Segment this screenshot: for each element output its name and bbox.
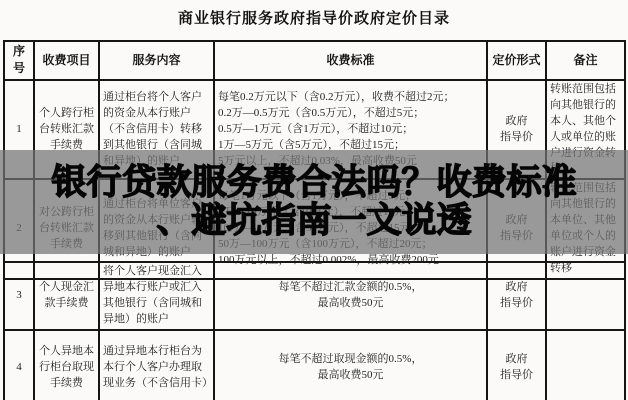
fee-standard-line: 0.2万—0.5万元（含0.5万元），不超过5元； [218,106,483,122]
fee-standard-line: 每笔不超过汇款金额的0.5%， [218,280,483,296]
service-content-cell: 通过异地本行柜台为本行个人客户办理取现业务（不含信用卡） [99,330,214,400]
document-page: 商业银行服务政府指导价政府定价目录 序号 收费项目 服务内容 收费标准 定价形式… [0,0,628,400]
pricing-form-line: 指导价 [491,130,542,146]
fee-standard-line: 每笔不超过取现金额的0.5%， [218,352,483,368]
pricing-form-line: 政府 [491,114,542,130]
table-row: 3 个人现金汇款手续费 将个人客户现金汇入异地本行账户或汇入其他银行（含同城和异… [4,262,625,330]
pricing-form-line: 指导价 [491,296,542,312]
pricing-form-cell: 政府 指导价 [487,262,546,330]
pricing-form-cell: 政府 指导价 [487,330,546,400]
note-cell [546,262,625,330]
fee-standard-line: 每笔0.2万元以下（含0.2万元），收费不超过2元； [218,90,483,106]
fee-standard-line: 最高收费50元 [218,368,483,384]
note-cell [546,330,625,400]
pricing-table-lower: 3 个人现金汇款手续费 将个人客户现金汇入异地本行账户或汇入其他银行（含同城和异… [3,261,626,400]
table-header-row: 序号 收费项目 服务内容 收费标准 定价形式 备注 [4,41,625,80]
fee-item-cell: 个人现金汇款手续费 [34,262,99,330]
page-title: 商业银行服务政府指导价政府定价目录 [0,7,628,28]
col-header-no: 序号 [4,41,34,80]
pricing-form-line: 政府 [491,280,542,296]
row-no-cell: 4 [4,330,34,400]
col-header-note: 备注 [546,41,625,80]
pricing-form-line: 指导价 [491,368,542,384]
row-no-cell: 3 [4,262,34,330]
fee-standard-cell: 每笔不超过汇款金额的0.5%， 最高收费50元 [214,262,487,330]
headline-line-2: 、避坑指南一文说透 [156,202,471,241]
table-row: 4 个人异地本行柜台取现手续费 通过异地本行柜台为本行个人客户办理取现业务（不含… [4,330,625,400]
fee-standard-line: 0.5万—1万元（含1万元），不超过10元； [218,122,483,138]
col-header-service: 服务内容 [99,41,214,80]
col-header-item: 收费项目 [34,41,99,80]
headline-line-1: 银行贷款服务费合法吗？收费标准 [51,164,576,203]
pricing-form-line: 政府 [491,352,542,368]
fee-standard-line: 最高收费50元 [218,296,483,312]
headline-overlay-band: 银行贷款服务费合法吗？收费标准 、避坑指南一文说透 [0,150,628,254]
fee-item-cell: 个人异地本行柜台取现手续费 [34,330,99,400]
fee-standard-cell: 每笔不超过取现金额的0.5%， 最高收费50元 [214,330,487,400]
service-content-cell: 将个人客户现金汇入异地本行账户或汇入其他银行（含同城和异地）的账户 [99,262,214,330]
col-header-standard: 收费标准 [214,41,487,80]
col-header-pricing: 定价形式 [487,41,546,80]
